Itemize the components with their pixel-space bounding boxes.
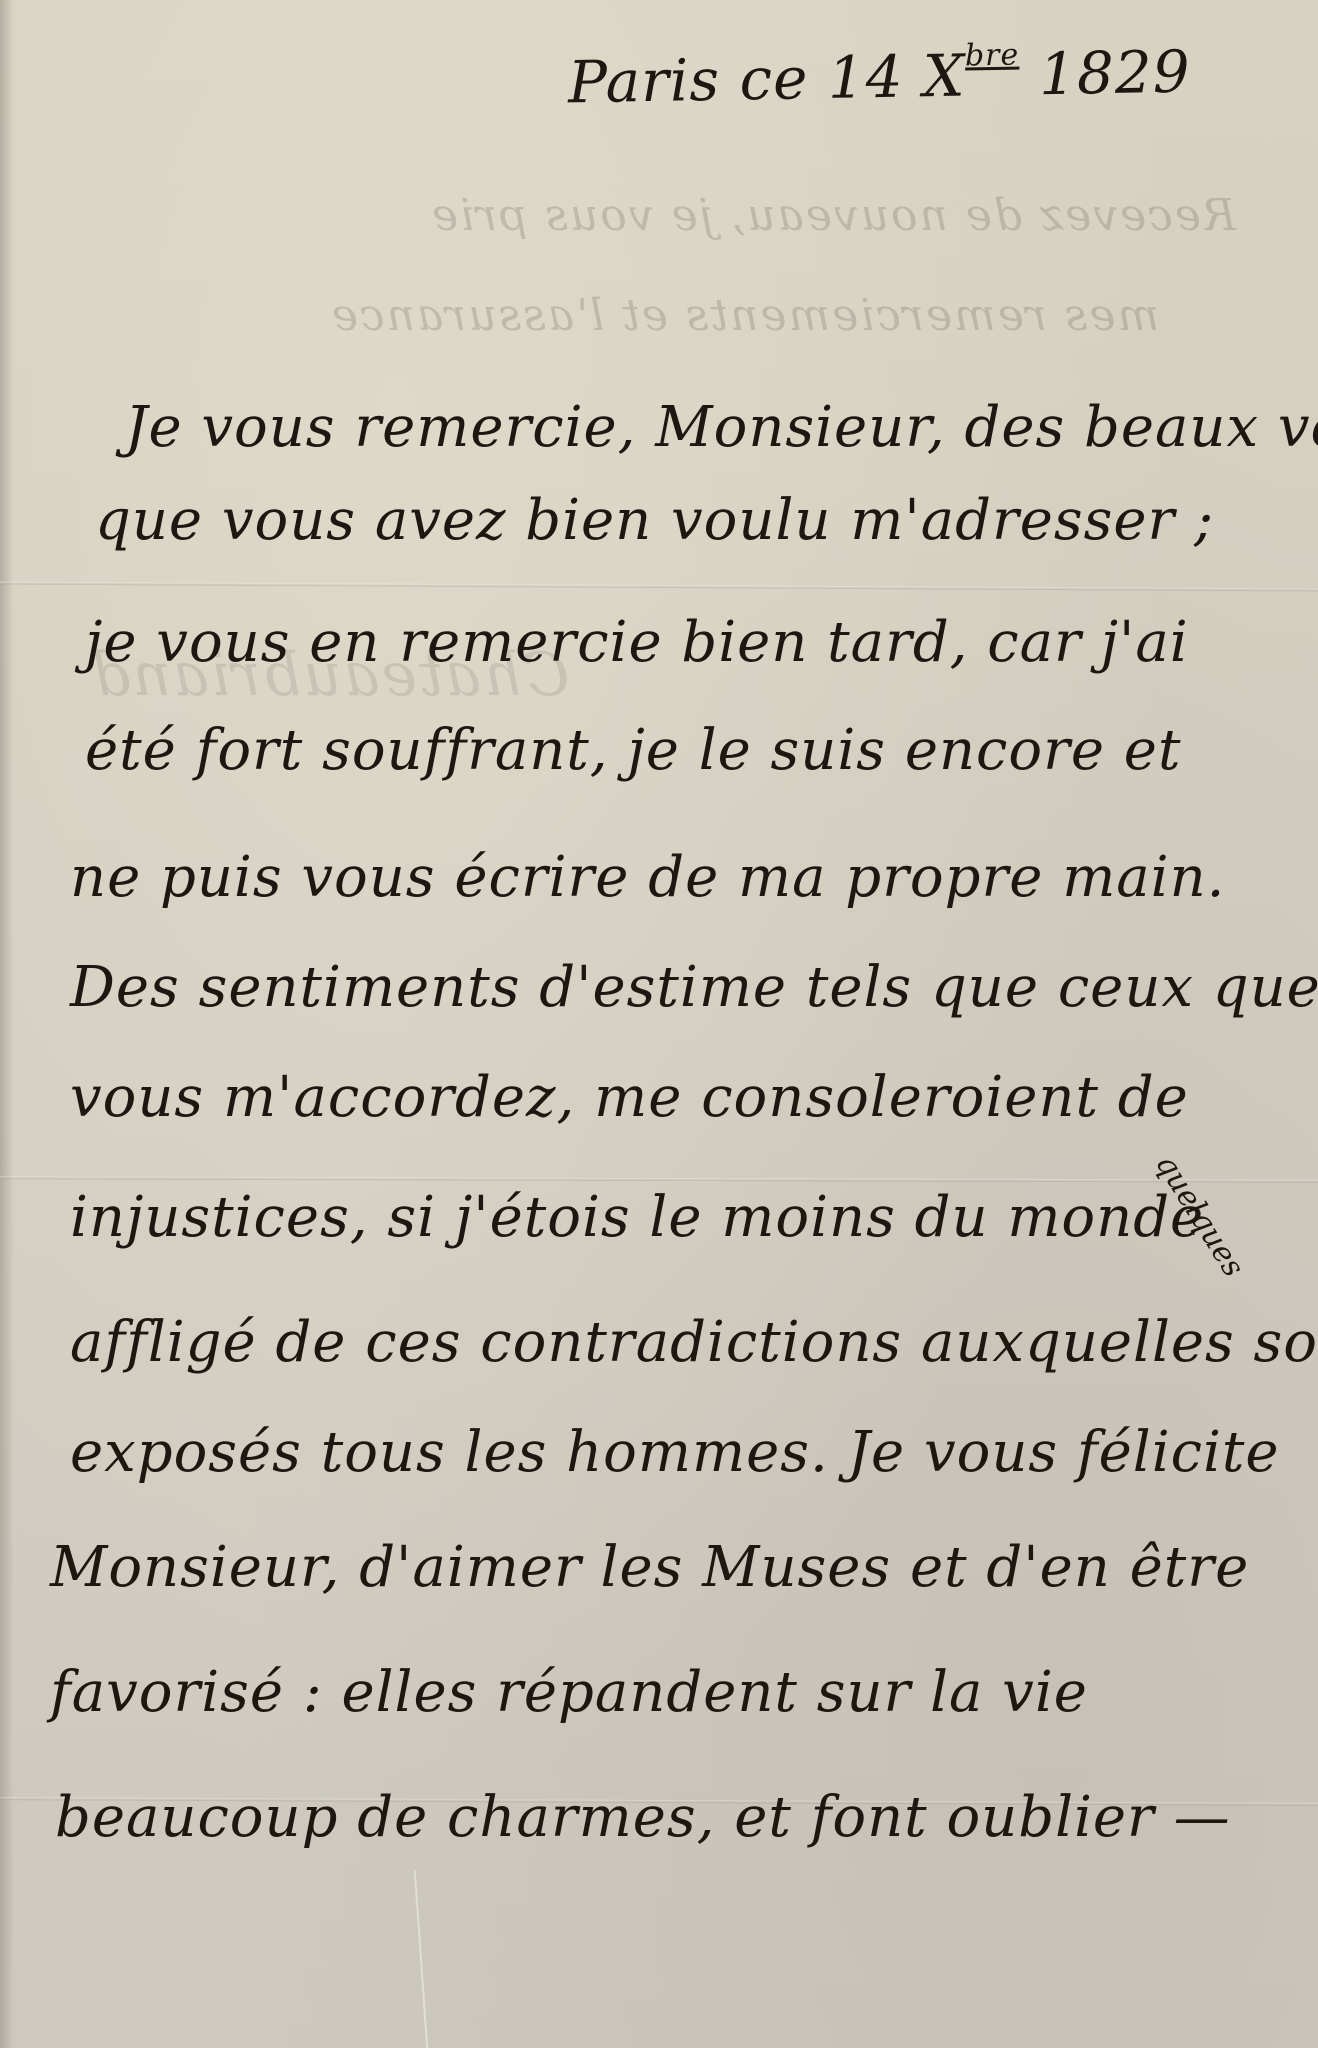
- bleed-through-text: Recevez de nouveau, je vous prie: [430, 190, 1236, 241]
- letter-line-5: ne puis vous écrire de ma propre main.: [70, 845, 1225, 910]
- letter-line-3: je vous en remercie bien tard, car j'ai: [85, 610, 1189, 675]
- paper-crease: [414, 1870, 429, 2048]
- letter-line-13: beaucoup de charmes, et font oublier —: [55, 1785, 1231, 1850]
- letter-line-11: Monsieur, d'aimer les Muses et d'en être: [50, 1535, 1249, 1600]
- letter-line-8: injustices, si j'étois le moins du monde: [70, 1185, 1204, 1250]
- letter-line-6: Des sentiments d'estime tels que ceux qu…: [70, 955, 1318, 1020]
- bleed-through-text: mes remerciements et l'assurance: [330, 290, 1159, 341]
- letter-page: Recevez de nouveau, je vous prie mes rem…: [0, 0, 1318, 2048]
- dateline-place-day: Paris ce 14 X: [567, 42, 965, 117]
- letter-line-1: Je vous remercie, Monsieur, des beaux ve…: [125, 395, 1318, 460]
- letter-line-2: que vous avez bien voulu m'adresser ;: [95, 488, 1214, 553]
- fold-line: [0, 582, 1318, 592]
- letter-line-10: exposés tous les hommes. Je vous félicit…: [70, 1420, 1280, 1485]
- fold-line: [0, 1176, 1318, 1182]
- letter-line-12: favorisé : elles répandent sur la vie: [50, 1660, 1088, 1725]
- dateline-year: 1829: [1038, 38, 1191, 109]
- dateline: Paris ce 14 Xbre 1829: [567, 35, 1191, 117]
- paper-edge: [0, 0, 14, 2048]
- letter-line-4: été fort souffrant, je le suis encore et: [85, 718, 1181, 783]
- letter-line-9: affligé de ces contradictions auxquelles…: [70, 1310, 1318, 1375]
- dateline-month-superscript: bre: [965, 38, 1020, 74]
- letter-line-7: vous m'accordez, me consoleroient de: [70, 1065, 1189, 1130]
